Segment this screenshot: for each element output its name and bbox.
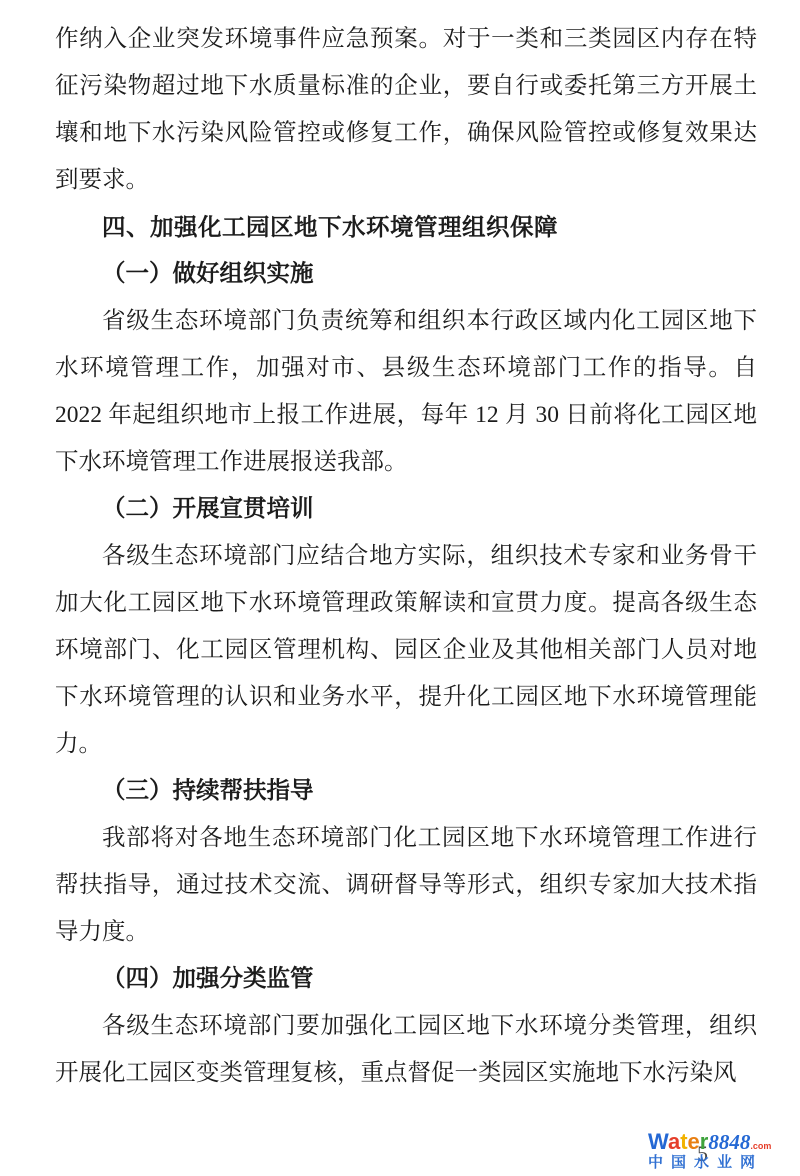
paragraph: 各级生态环境部门要加强化工园区地下水环境分类管理，组织开展化工园区变类管理复核，… [55,1003,757,1097]
watermark-subtitle: 中国水业网 [648,1155,798,1170]
watermark: Water8848.com 中国水业网 [648,1131,798,1170]
watermark-brand-number: 8848 [708,1130,750,1154]
subsection-heading: （二）开展宣贯培训 [55,486,757,533]
watermark-tld: .com [750,1141,771,1151]
subsection-heading: （三）持续帮扶指导 [55,768,757,815]
document-body: 作纳入企业突发环境事件应急预案。对于一类和三类园区内存在特征污染物超过地下水质量… [55,16,757,1097]
subsection-heading: （一）做好组织实施 [55,251,757,298]
section-heading: 四、加强化工园区地下水环境管理组织保障 [55,204,757,251]
document-page: 作纳入企业突发环境事件应急预案。对于一类和三类园区内存在特征污染物超过地下水质量… [0,0,800,1176]
watermark-brand: Water8848.com [648,1131,798,1153]
paragraph: 各级生态环境部门应结合地方实际，组织技术专家和业务骨干加大化工园区地下水环境管理… [55,533,757,768]
subsection-heading: （四）加强分类监管 [55,956,757,1003]
paragraph: 我部将对各地生态环境部门化工园区地下水环境管理工作进行帮扶指导，通过技术交流、调… [55,815,757,956]
paragraph: 作纳入企业突发环境事件应急预案。对于一类和三类园区内存在特征污染物超过地下水质量… [55,16,757,204]
paragraph: 省级生态环境部门负责统筹和组织本行政区域内化工园区地下水环境管理工作，加强对市、… [55,298,757,486]
watermark-brand-word: Water [648,1129,708,1154]
